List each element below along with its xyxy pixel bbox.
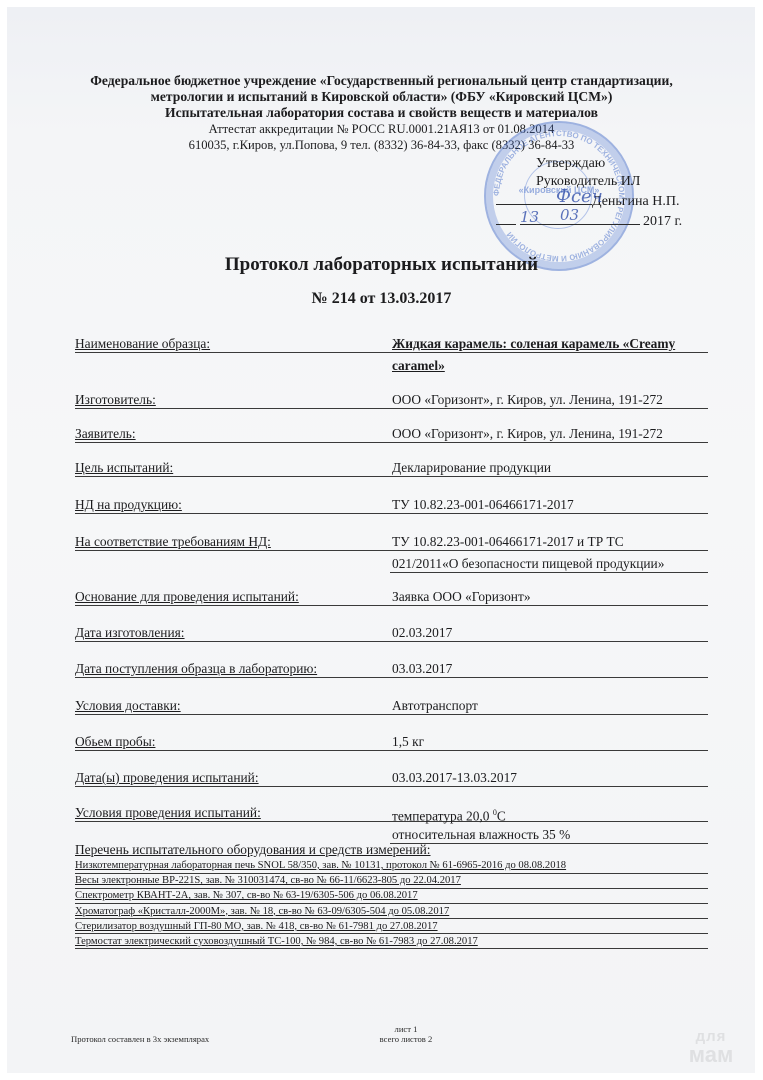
field-label: Наименование образца: (75, 335, 390, 353)
address: 610035, г.Киров, ул.Попова, 9 тел. (8332… (0, 137, 763, 153)
field-value-line: 021/2011«О безопасности пищевой продукци… (390, 555, 708, 573)
sheet-number: лист 1 (366, 1024, 446, 1034)
field-label: Дата поступления образца в лабораторию: (75, 660, 390, 678)
field-label: Условия доставки: (75, 697, 390, 715)
field-label: Условия проведения испытаний: (75, 804, 390, 822)
field-value-line: Автотранспорт (390, 697, 708, 715)
field-value: 1,5 кг (390, 733, 708, 755)
field-value-line: 1,5 кг (390, 733, 708, 751)
copies-note: Протокол составлен в 3х экземплярах (71, 1034, 209, 1044)
protocol-number: № 214 от 13.03.2017 (0, 290, 763, 308)
handwritten-signature: Фсеч (556, 186, 603, 207)
field-value: Жидкая карамель: соленая карамель «Cream… (390, 335, 708, 378)
approver-name: Деньгина Н.П. (592, 194, 679, 209)
field-value-line: ООО «Горизонт», г. Киров, ул. Ленина, 19… (390, 425, 708, 443)
field-value: Заявка ООО «Горизонт» (390, 588, 708, 610)
field-value-line: 03.03.2017 (390, 660, 708, 678)
page-title: Протокол лабораторных испытаний (0, 254, 763, 276)
equipment-item: Стерилизатор воздушный ГП-80 МО, зав. № … (75, 920, 708, 935)
org-name-line1: Федеральное бюджетное учреждение «Госуда… (0, 73, 763, 89)
field-label: Основание для проведения испытаний: (75, 588, 390, 606)
field-value-line: Декларирование продукции (390, 459, 708, 477)
org-name-line2: метрологии и испытаний в Кировской облас… (0, 89, 763, 105)
field-value-line: Жидкая карамель: соленая карамель «Cream… (390, 335, 708, 353)
handwritten-month: 03 (560, 206, 579, 224)
field-value-line: температура 20,0 0C (390, 804, 708, 822)
field-value-line: Заявка ООО «Горизонт» (390, 588, 708, 606)
approve-label: Утверждаю (536, 155, 682, 173)
field-label: Обьем пробы: (75, 733, 390, 751)
field-value-line: относительная влажность 35 % (390, 826, 708, 844)
handwritten-day: 13 (520, 208, 539, 226)
equipment-item: Термостат электрический суховоздушный ТС… (75, 935, 708, 950)
field-value: ТУ 10.82.23-001-06466171-2017 (390, 496, 708, 518)
field-value-line: 03.03.2017-13.03.2017 (390, 769, 708, 787)
field-value-line: ТУ 10.82.23-001-06466171-2017 (390, 496, 708, 514)
field-value-line: 02.03.2017 (390, 624, 708, 642)
field-value: ТУ 10.82.23-001-06466171-2017 и ТР ТС021… (390, 533, 708, 577)
field-label: На соответствие требованиям НД: (75, 533, 390, 551)
equipment-list: Низкотемпературная лабораторная печь SNO… (75, 859, 708, 950)
field-label: Цель испытаний: (75, 459, 390, 477)
field-value: ООО «Горизонт», г. Киров, ул. Ленина, 19… (390, 391, 708, 413)
field-label: Дата(ы) проведения испытаний: (75, 769, 390, 787)
field-value: 03.03.2017 (390, 660, 708, 682)
watermark-line2: мам (676, 1046, 746, 1064)
field-label: Дата изготовления: (75, 624, 390, 642)
field-value-line: ТУ 10.82.23-001-06466171-2017 и ТР ТС (390, 533, 708, 551)
field-value: 03.03.2017-13.03.2017 (390, 769, 708, 791)
watermark-logo: для мам (676, 1028, 746, 1064)
field-label: Заявитель: (75, 425, 390, 443)
accreditation: Аттестат аккредитации № РОСС RU.0001.21А… (0, 121, 763, 137)
date-day-line (496, 211, 516, 225)
field-value: Декларирование продукции (390, 459, 708, 481)
equipment-heading: Перечень испытательного оборудования и с… (75, 842, 431, 858)
field-label: Изготовитель: (75, 391, 390, 409)
equipment-item: Весы электронные ВР-221S, зав. № 3100314… (75, 874, 708, 889)
equipment-item: Спектрометр КВАНТ-2А, зав. № 307, св-во … (75, 889, 708, 904)
approval-year: 2017 г. (643, 214, 682, 229)
page-info: лист 1 всего листов 2 (366, 1024, 446, 1044)
total-sheets: всего листов 2 (366, 1034, 446, 1044)
field-value-line: ООО «Горизонт», г. Киров, ул. Ленина, 19… (390, 391, 708, 409)
lab-name: Испытательная лаборатория состава и свой… (0, 105, 763, 121)
document-header: Федеральное бюджетное учреждение «Госуда… (0, 73, 763, 153)
field-value: температура 20,0 0Cотносительная влажнос… (390, 804, 708, 848)
field-value: Автотранспорт (390, 697, 708, 719)
equipment-item: Хроматограф «Кристалл-2000М», зав. № 18,… (75, 905, 708, 920)
equipment-item: Низкотемпературная лабораторная печь SNO… (75, 859, 708, 874)
field-value-line: caramel» (390, 357, 708, 374)
field-value: ООО «Горизонт», г. Киров, ул. Ленина, 19… (390, 425, 708, 447)
field-label: НД на продукцию: (75, 496, 390, 514)
field-value: 02.03.2017 (390, 624, 708, 646)
approval-date-line: 2017 г. (536, 211, 682, 231)
